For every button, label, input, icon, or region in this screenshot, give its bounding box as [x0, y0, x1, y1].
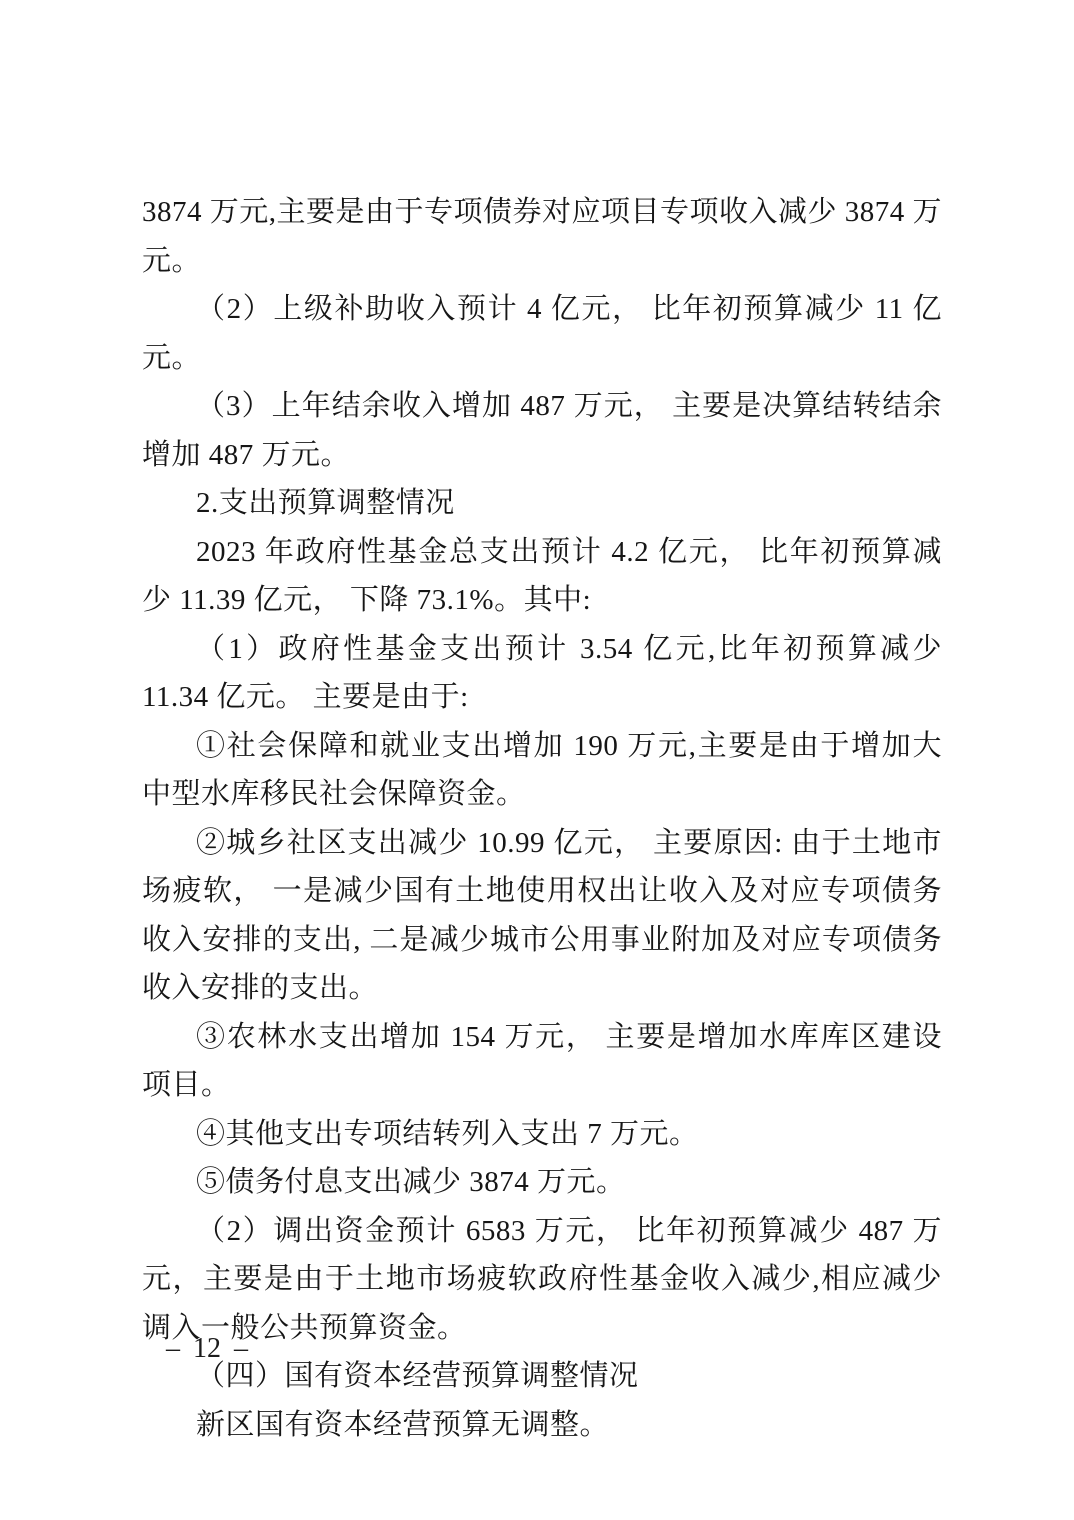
paragraph-total-expenditure: 2023 年政府性基金总支出预计 4.2 亿元， 比年初预算减少 11.39 亿… — [142, 528, 942, 625]
paragraph-item-1-fund-expenditure: （1）政府性基金支出预计 3.54 亿元,比年初预算减少 11.34 亿元。 主… — [142, 625, 942, 722]
paragraph-no-adjustment: 新区国有资本经营预算无调整。 — [142, 1401, 942, 1450]
section-heading-state-capital-budget: （四）国有资本经营预算调整情况 — [142, 1352, 942, 1401]
paragraph-item-2-upper-subsidy: （2）上级补助收入预计 4 亿元， 比年初预算减少 11 亿元。 — [142, 285, 942, 382]
page-number: – 12 – — [166, 1332, 248, 1366]
paragraph-item-3-prior-year-balance: （3）上年结余收入增加 487 万元， 主要是决算结转结余增加 487 万元。 — [142, 382, 942, 479]
section-heading-expenditure-adjustment: 2.支出预算调整情况 — [142, 479, 942, 528]
paragraph-item-2-transferred-funds: （2）调出资金预计 6583 万元， 比年初预算减少 487 万元，主要是由于土… — [142, 1207, 942, 1353]
document-body: 3874 万元,主要是由于专项债券对应项目专项收入减少 3874 万元。 （2）… — [142, 188, 942, 1449]
paragraph-circled-1-social-security: ①社会保障和就业支出增加 190 万元,主要是由于增加大中型水库移民社会保障资金… — [142, 722, 942, 819]
paragraph-continuation: 3874 万元,主要是由于专项债券对应项目专项收入减少 3874 万元。 — [142, 188, 942, 285]
paragraph-circled-4-other-expenditure: ④其他支出专项结转列入支出 7 万元。 — [142, 1110, 942, 1159]
paragraph-circled-3-agriculture-water: ③农林水支出增加 154 万元， 主要是增加水库库区建设项目。 — [142, 1013, 942, 1110]
paragraph-circled-5-debt-interest: ⑤债务付息支出减少 3874 万元。 — [142, 1158, 942, 1207]
paragraph-circled-2-urban-rural: ②城乡社区支出减少 10.99 亿元， 主要原因: 由于土地市场疲软， 一是减少… — [142, 819, 942, 1013]
document-page: 3874 万元,主要是由于专项债券对应项目专项收入减少 3874 万元。 （2）… — [0, 0, 1074, 1520]
